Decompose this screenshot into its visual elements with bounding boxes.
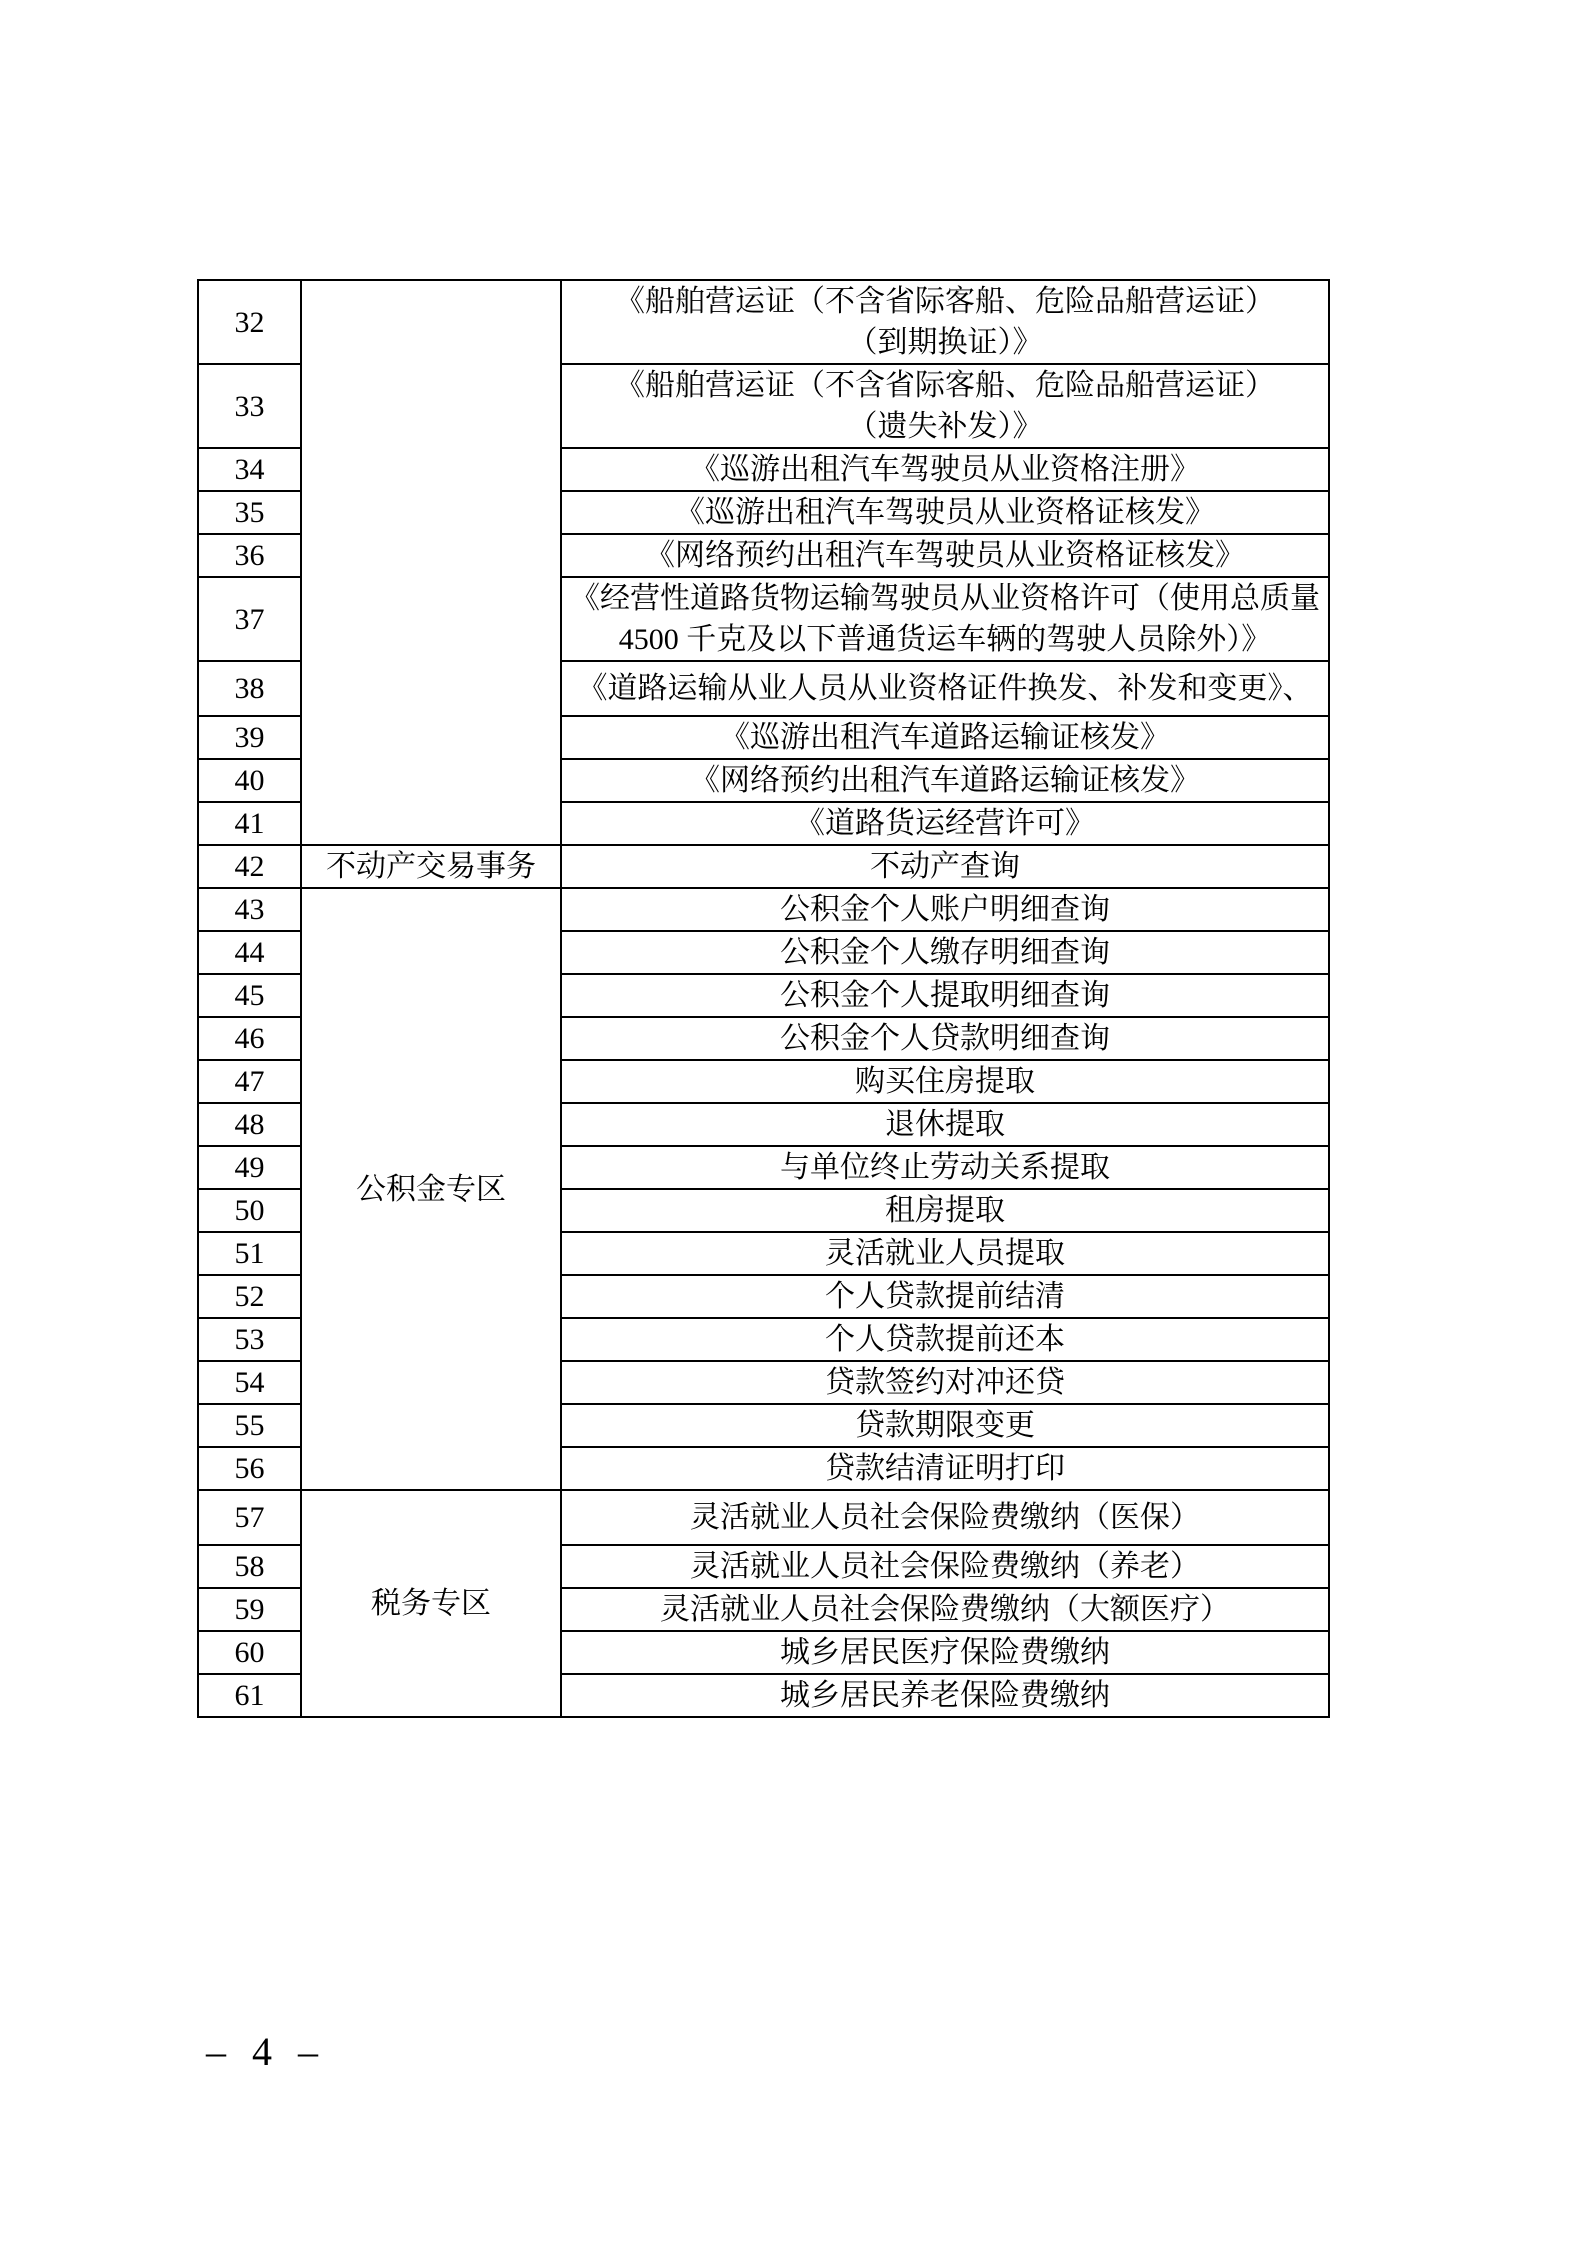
row-number-cell: 58 [198, 1545, 301, 1588]
row-number-cell: 41 [198, 802, 301, 845]
row-number-cell: 35 [198, 491, 301, 534]
item-cell: 灵活就业人员社会保险费缴纳（养老） [561, 1545, 1329, 1588]
table-row: 42不动产交易事务不动产查询 [198, 845, 1329, 888]
row-number-cell: 32 [198, 280, 301, 364]
row-number-cell: 53 [198, 1318, 301, 1361]
row-number-cell: 60 [198, 1631, 301, 1674]
item-cell: 灵活就业人员社会保险费缴纳（大额医疗） [561, 1588, 1329, 1631]
row-number-cell: 38 [198, 661, 301, 716]
row-number-cell: 37 [198, 577, 301, 661]
document-page: 32《船舶营运证（不含省际客船、危险品船营运证）（到期换证）》33《船舶营运证（… [0, 0, 1587, 2245]
item-cell: 城乡居民医疗保险费缴纳 [561, 1631, 1329, 1674]
item-cell: 《经营性道路货物运输驾驶员从业资格许可（使用总质量4500 千克及以下普通货运车… [561, 577, 1329, 661]
item-cell: 退休提取 [561, 1103, 1329, 1146]
table-row: 57税务专区灵活就业人员社会保险费缴纳（医保） [198, 1490, 1329, 1545]
row-number-cell: 52 [198, 1275, 301, 1318]
item-cell: 购买住房提取 [561, 1060, 1329, 1103]
table-row: 43公积金专区公积金个人账户明细查询 [198, 888, 1329, 931]
row-number-cell: 40 [198, 759, 301, 802]
services-table-body: 32《船舶营运证（不含省际客船、危险品船营运证）（到期换证）》33《船舶营运证（… [198, 280, 1329, 1717]
item-cell: 《网络预约出租汽车道路运输证核发》 [561, 759, 1329, 802]
row-number-cell: 39 [198, 716, 301, 759]
item-cell: 贷款期限变更 [561, 1404, 1329, 1447]
row-number-cell: 34 [198, 448, 301, 491]
item-cell: 《巡游出租汽车道路运输证核发》 [561, 716, 1329, 759]
item-cell: 公积金个人提取明细查询 [561, 974, 1329, 1017]
row-number-cell: 56 [198, 1447, 301, 1490]
item-cell: 公积金个人账户明细查询 [561, 888, 1329, 931]
row-number-cell: 42 [198, 845, 301, 888]
item-cell: 贷款签约对冲还贷 [561, 1361, 1329, 1404]
row-number-cell: 48 [198, 1103, 301, 1146]
row-number-cell: 55 [198, 1404, 301, 1447]
category-cell: 不动产交易事务 [301, 845, 561, 888]
category-cell [301, 280, 561, 845]
item-cell: 不动产查询 [561, 845, 1329, 888]
item-cell: 《网络预约出租汽车驾驶员从业资格证核发》 [561, 534, 1329, 577]
item-cell: 灵活就业人员提取 [561, 1232, 1329, 1275]
row-number-cell: 36 [198, 534, 301, 577]
item-cell: 灵活就业人员社会保险费缴纳（医保） [561, 1490, 1329, 1545]
row-number-cell: 49 [198, 1146, 301, 1189]
item-cell: 公积金个人贷款明细查询 [561, 1017, 1329, 1060]
item-cell: 与单位终止劳动关系提取 [561, 1146, 1329, 1189]
item-cell: 城乡居民养老保险费缴纳 [561, 1674, 1329, 1717]
item-cell: 《巡游出租汽车驾驶员从业资格证核发》 [561, 491, 1329, 534]
row-number-cell: 61 [198, 1674, 301, 1717]
item-cell: 公积金个人缴存明细查询 [561, 931, 1329, 974]
row-number-cell: 43 [198, 888, 301, 931]
row-number-cell: 50 [198, 1189, 301, 1232]
item-cell: 个人贷款提前还本 [561, 1318, 1329, 1361]
item-cell: 贷款结清证明打印 [561, 1447, 1329, 1490]
row-number-cell: 33 [198, 364, 301, 448]
services-table: 32《船舶营运证（不含省际客船、危险品船营运证）（到期换证）》33《船舶营运证（… [197, 279, 1330, 1718]
item-cell: 《船舶营运证（不含省际客船、危险品船营运证）（遗失补发）》 [561, 364, 1329, 448]
category-cell: 税务专区 [301, 1490, 561, 1717]
row-number-cell: 57 [198, 1490, 301, 1545]
row-number-cell: 47 [198, 1060, 301, 1103]
row-number-cell: 59 [198, 1588, 301, 1631]
page-number: – 4 – [206, 2030, 318, 2074]
row-number-cell: 44 [198, 931, 301, 974]
row-number-cell: 46 [198, 1017, 301, 1060]
row-number-cell: 45 [198, 974, 301, 1017]
item-cell: 《道路运输从业人员从业资格证件换发、补发和变更》、 [561, 661, 1329, 716]
category-cell: 公积金专区 [301, 888, 561, 1490]
row-number-cell: 54 [198, 1361, 301, 1404]
item-cell: 《巡游出租汽车驾驶员从业资格注册》 [561, 448, 1329, 491]
table-row: 32《船舶营运证（不含省际客船、危险品船营运证）（到期换证）》 [198, 280, 1329, 364]
item-cell: 《道路货运经营许可》 [561, 802, 1329, 845]
item-cell: 租房提取 [561, 1189, 1329, 1232]
item-cell: 《船舶营运证（不含省际客船、危险品船营运证）（到期换证）》 [561, 280, 1329, 364]
item-cell: 个人贷款提前结清 [561, 1275, 1329, 1318]
row-number-cell: 51 [198, 1232, 301, 1275]
